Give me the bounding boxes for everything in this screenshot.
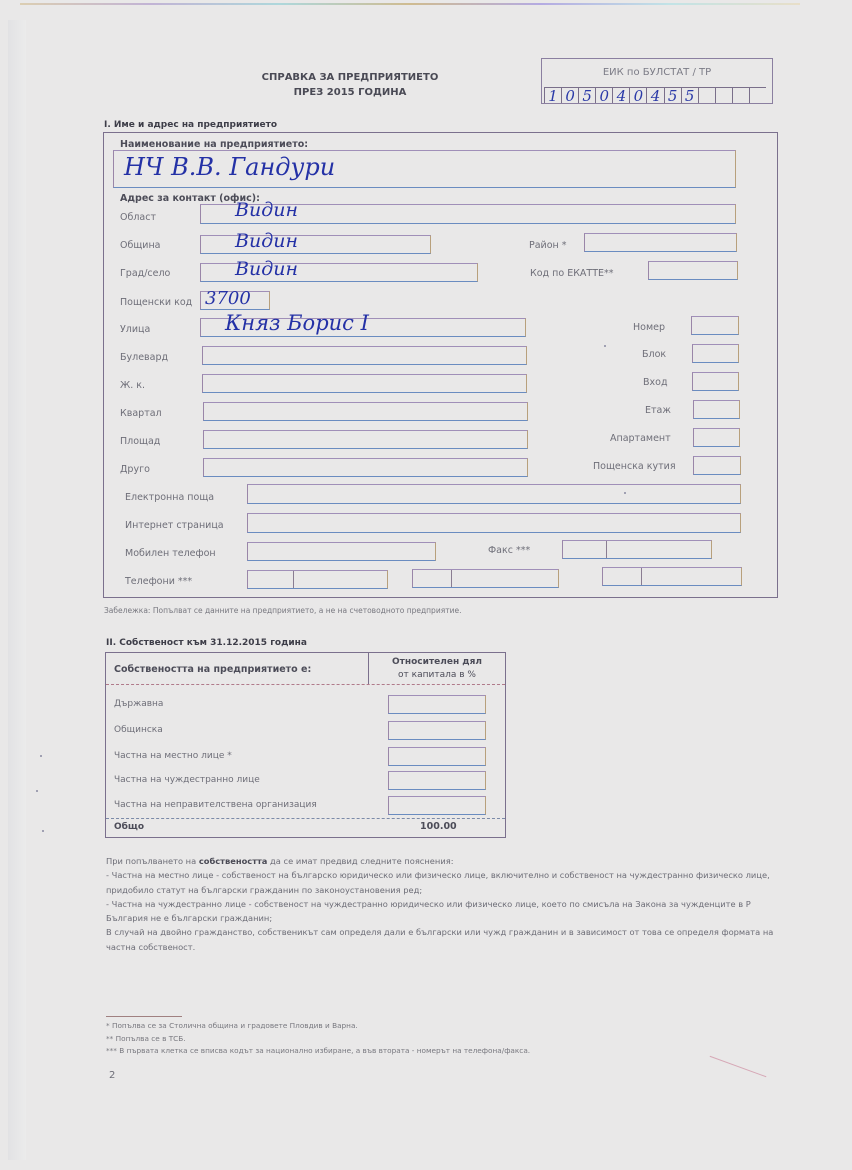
share-col-header: Относителен дял от капитала в %: [368, 656, 506, 682]
ownership-row-label: Частна на местно лице *: [114, 751, 232, 761]
ownership-row-label: Частна на чуждестранно лице: [114, 775, 260, 785]
eik-digit-cell[interactable]: 0: [629, 87, 646, 103]
ploshtad-label: Площад: [120, 436, 160, 447]
ownership-share-field[interactable]: [388, 747, 486, 766]
eik-digit-cell[interactable]: 5: [681, 87, 698, 103]
section2-heading: II. Собственост към 31.12.2015 година: [106, 638, 307, 648]
poshtenska-kutiya-field[interactable]: [693, 456, 741, 475]
ploshtad-field[interactable]: [203, 430, 528, 449]
ownership-share-field[interactable]: [388, 721, 486, 740]
phones-label: Телефони ***: [125, 576, 192, 587]
obshtina-field[interactable]: Видин: [200, 235, 431, 254]
intro-bold: собствеността: [199, 856, 268, 866]
eik-box: ЕИК по БУЛСТАТ / ТР 105040455: [541, 58, 773, 104]
ekatte-field[interactable]: [648, 261, 738, 280]
mobile-field[interactable]: [247, 542, 436, 561]
explanation-foreign: - Частна на чуждестранно лице - собствен…: [106, 897, 786, 926]
eik-digit-cell[interactable]: 1: [544, 87, 561, 103]
explanation-dual: В случай на двойно гражданство, собствен…: [106, 925, 786, 954]
phone-2-field[interactable]: [412, 569, 559, 588]
drugo-label: Друго: [120, 464, 150, 475]
eik-digit-cell[interactable]: [749, 87, 766, 103]
scan-speck: [42, 830, 44, 832]
title-line-1: СПРАВКА ЗА ПРЕДПРИЯТИЕТО: [240, 70, 460, 85]
eik-label: ЕИК по БУЛСТАТ / ТР: [542, 67, 772, 78]
etazh-label: Етаж: [645, 405, 671, 416]
etazh-field[interactable]: [693, 400, 740, 419]
footnote-rule: [106, 1016, 182, 1017]
poshtenska-kutiya-label: Пощенска кутия: [593, 461, 676, 472]
share-col-header-line1: Относителен дял: [368, 656, 506, 669]
grad-label: Град/село: [120, 268, 170, 279]
rayon-label: Район *: [529, 240, 567, 251]
eik-digit-cell[interactable]: [698, 87, 715, 103]
fax-code-divider: [606, 541, 607, 558]
ownership-row-label: Общинска: [114, 725, 163, 735]
ulitsa-label: Улица: [120, 324, 150, 335]
ulitsa-value: Княз Борис I: [225, 311, 369, 335]
eik-digit-cell[interactable]: 4: [646, 87, 663, 103]
intro-post: да се имат предвид следните пояснения:: [267, 856, 453, 866]
oblast-field[interactable]: Видин: [200, 204, 736, 224]
nomer-label: Номер: [633, 322, 665, 333]
eik-digit-cell[interactable]: 5: [664, 87, 681, 103]
rayon-field[interactable]: [584, 233, 737, 252]
fax-field[interactable]: [562, 540, 712, 559]
section1-note: Забележка: Попълват се данните на предпр…: [104, 606, 461, 615]
title-line-2: ПРЕЗ 2015 ГОДИНА: [240, 85, 460, 100]
ownership-table: Собствеността на предприятието е: Относи…: [105, 652, 506, 838]
section1-heading: I. Име и адрес на предприятието: [104, 120, 277, 130]
eik-digit-cell[interactable]: [732, 87, 749, 103]
vhod-field[interactable]: [692, 372, 739, 391]
scan-edge: [8, 20, 26, 1160]
vhod-label: Вход: [643, 377, 668, 388]
ownership-share-field[interactable]: [388, 695, 486, 714]
obshtina-label: Община: [120, 240, 161, 251]
eik-digit-cell[interactable]: 4: [612, 87, 629, 103]
ulitsa-field[interactable]: Княз Борис I: [200, 318, 526, 337]
header-rule: [106, 684, 505, 686]
email-label: Електронна поща: [125, 492, 214, 503]
ownership-share-field[interactable]: [388, 771, 486, 790]
zhk-label: Ж. к.: [120, 380, 145, 391]
scan-artifact: [20, 3, 800, 5]
scan-speck: [36, 790, 38, 792]
share-col-header-line2: от капитала в %: [368, 669, 506, 682]
enterprise-name-label: Наименование на предприятието:: [120, 139, 308, 150]
form-title: СПРАВКА ЗА ПРЕДПРИЯТИЕТО ПРЕЗ 2015 ГОДИН…: [240, 70, 460, 100]
scan-speck: [40, 755, 42, 757]
phone-1-code-divider: [293, 571, 294, 588]
postcode-field[interactable]: 3700: [200, 291, 270, 310]
kvartal-label: Квартал: [120, 408, 162, 419]
ownership-share-field[interactable]: [388, 796, 486, 815]
phone-1-field[interactable]: [247, 570, 388, 589]
footnote-3: *** В първата клетка се вписва кодът за …: [106, 1045, 706, 1058]
scan-mark: [710, 1056, 767, 1077]
ownership-row-label: Частна на неправителствена организация: [114, 800, 317, 810]
eik-digit-cell[interactable]: 0: [561, 87, 578, 103]
blok-label: Блок: [642, 349, 666, 360]
footnote-1: * Попълва се за Столична община и градов…: [106, 1020, 706, 1033]
obshtina-value: Видин: [235, 230, 298, 252]
apartament-field[interactable]: [693, 428, 740, 447]
bulevard-field[interactable]: [202, 346, 527, 365]
eik-digit-cell[interactable]: 0: [595, 87, 612, 103]
phone-3-field[interactable]: [602, 567, 742, 586]
total-label: Общо: [114, 822, 144, 832]
explanation-intro: При попълването на собствеността да се и…: [106, 854, 786, 868]
nomer-field[interactable]: [691, 316, 739, 335]
website-field[interactable]: [247, 513, 741, 533]
kvartal-field[interactable]: [203, 402, 528, 421]
ownership-explanation: При попълването на собствеността да се и…: [106, 854, 786, 954]
grad-value: Видин: [235, 258, 298, 280]
total-rule: [106, 818, 505, 820]
blok-field[interactable]: [692, 344, 739, 363]
footnotes: * Попълва се за Столична община и градов…: [106, 1020, 706, 1058]
intro-pre: При попълването на: [106, 856, 199, 866]
mobile-label: Мобилен телефон: [125, 548, 216, 559]
page-number: 2: [109, 1070, 115, 1081]
ownership-col-header: Собствеността на предприятието е:: [114, 664, 311, 675]
enterprise-name-field[interactable]: НЧ В.В. Гандури: [113, 150, 736, 188]
postcode-label: Пощенски код: [120, 297, 192, 308]
eik-digit-cell[interactable]: 5: [578, 87, 595, 103]
website-label: Интернет страница: [125, 520, 224, 531]
eik-digit-cell[interactable]: [715, 87, 732, 103]
grad-field[interactable]: Видин: [200, 263, 478, 282]
explanation-local: - Частна на местно лице - собственост на…: [106, 868, 786, 897]
zhk-field[interactable]: [202, 374, 527, 393]
oblast-label: Област: [120, 212, 156, 223]
eik-cells[interactable]: 105040455: [544, 87, 766, 103]
footnote-2: ** Попълва се в ТСБ.: [106, 1033, 706, 1046]
oblast-value: Видин: [235, 199, 298, 221]
bulevard-label: Булевард: [120, 352, 168, 363]
scan-speck: [604, 345, 606, 347]
enterprise-name-value: НЧ В.В. Гандури: [124, 153, 335, 181]
phone-2-code-divider: [451, 570, 452, 587]
fax-label: Факс ***: [488, 545, 530, 556]
ekatte-label: Код по ЕКАТТЕ**: [530, 268, 614, 279]
total-value: 100.00: [420, 821, 457, 832]
apartament-label: Апартамент: [610, 433, 671, 444]
drugo-field[interactable]: [203, 458, 528, 477]
ownership-row-label: Държавна: [114, 699, 163, 709]
scan-speck: [624, 492, 626, 494]
phone-3-code-divider: [641, 568, 642, 585]
email-field[interactable]: [247, 484, 741, 504]
postcode-value: 3700: [205, 288, 251, 309]
